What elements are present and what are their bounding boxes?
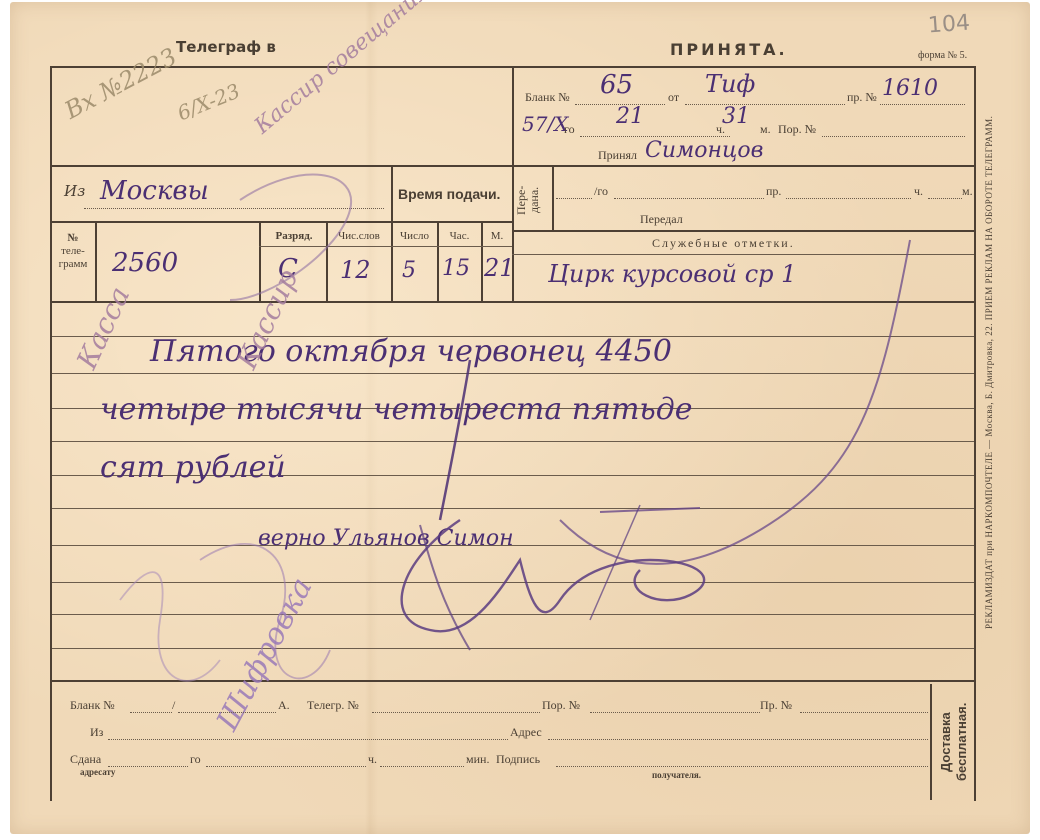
footer-por-dots — [590, 712, 760, 713]
footer-handed-dots — [108, 766, 188, 767]
footer-signature-sub: получателя. — [652, 770, 701, 780]
footer-a-label: А. — [278, 698, 290, 713]
footer-go-label: го — [190, 752, 201, 767]
footer-telegr-dots — [372, 712, 540, 713]
delivery-free-label: Доставка бесплатная. — [938, 688, 970, 796]
footer-from-dots — [108, 739, 508, 740]
footer-blank-dots — [130, 712, 172, 713]
footer-handed-label: Сдана — [70, 752, 101, 767]
footer-slash: / — [172, 698, 175, 713]
footer-go-dots — [206, 766, 366, 767]
footer-por-label: Пор. № — [542, 698, 580, 713]
footer-address-dots — [548, 739, 928, 740]
footer-slash-dots — [178, 712, 276, 713]
footer-pr-label: Пр. № — [760, 698, 792, 713]
delivery-box-border — [930, 684, 932, 800]
footer-address-label: Адрес — [510, 725, 542, 740]
signature-scribbles — [0, 0, 1040, 840]
footer-min-label: мин. — [466, 752, 489, 767]
footer-h-dots — [380, 766, 464, 767]
delivery-line-1: Доставка — [938, 712, 953, 772]
footer-telegr-label: Телегр. № — [307, 698, 359, 713]
footer-signature-label: Подпись — [496, 752, 540, 767]
footer-h-label: ч. — [368, 752, 377, 767]
footer-blank-label: Бланк № — [70, 698, 115, 713]
footer-signature-dots — [556, 766, 928, 767]
footer-pr-dots — [800, 712, 928, 713]
delivery-line-2: бесплатная. — [954, 703, 969, 781]
side-imprint: РЕКЛАМИЗДАТ при НАРКОМПОЧТЕЛЕ — Москва, … — [984, 72, 994, 672]
footer-from-label: Из — [90, 725, 103, 740]
footer-handed-sub: адресату — [80, 767, 115, 777]
